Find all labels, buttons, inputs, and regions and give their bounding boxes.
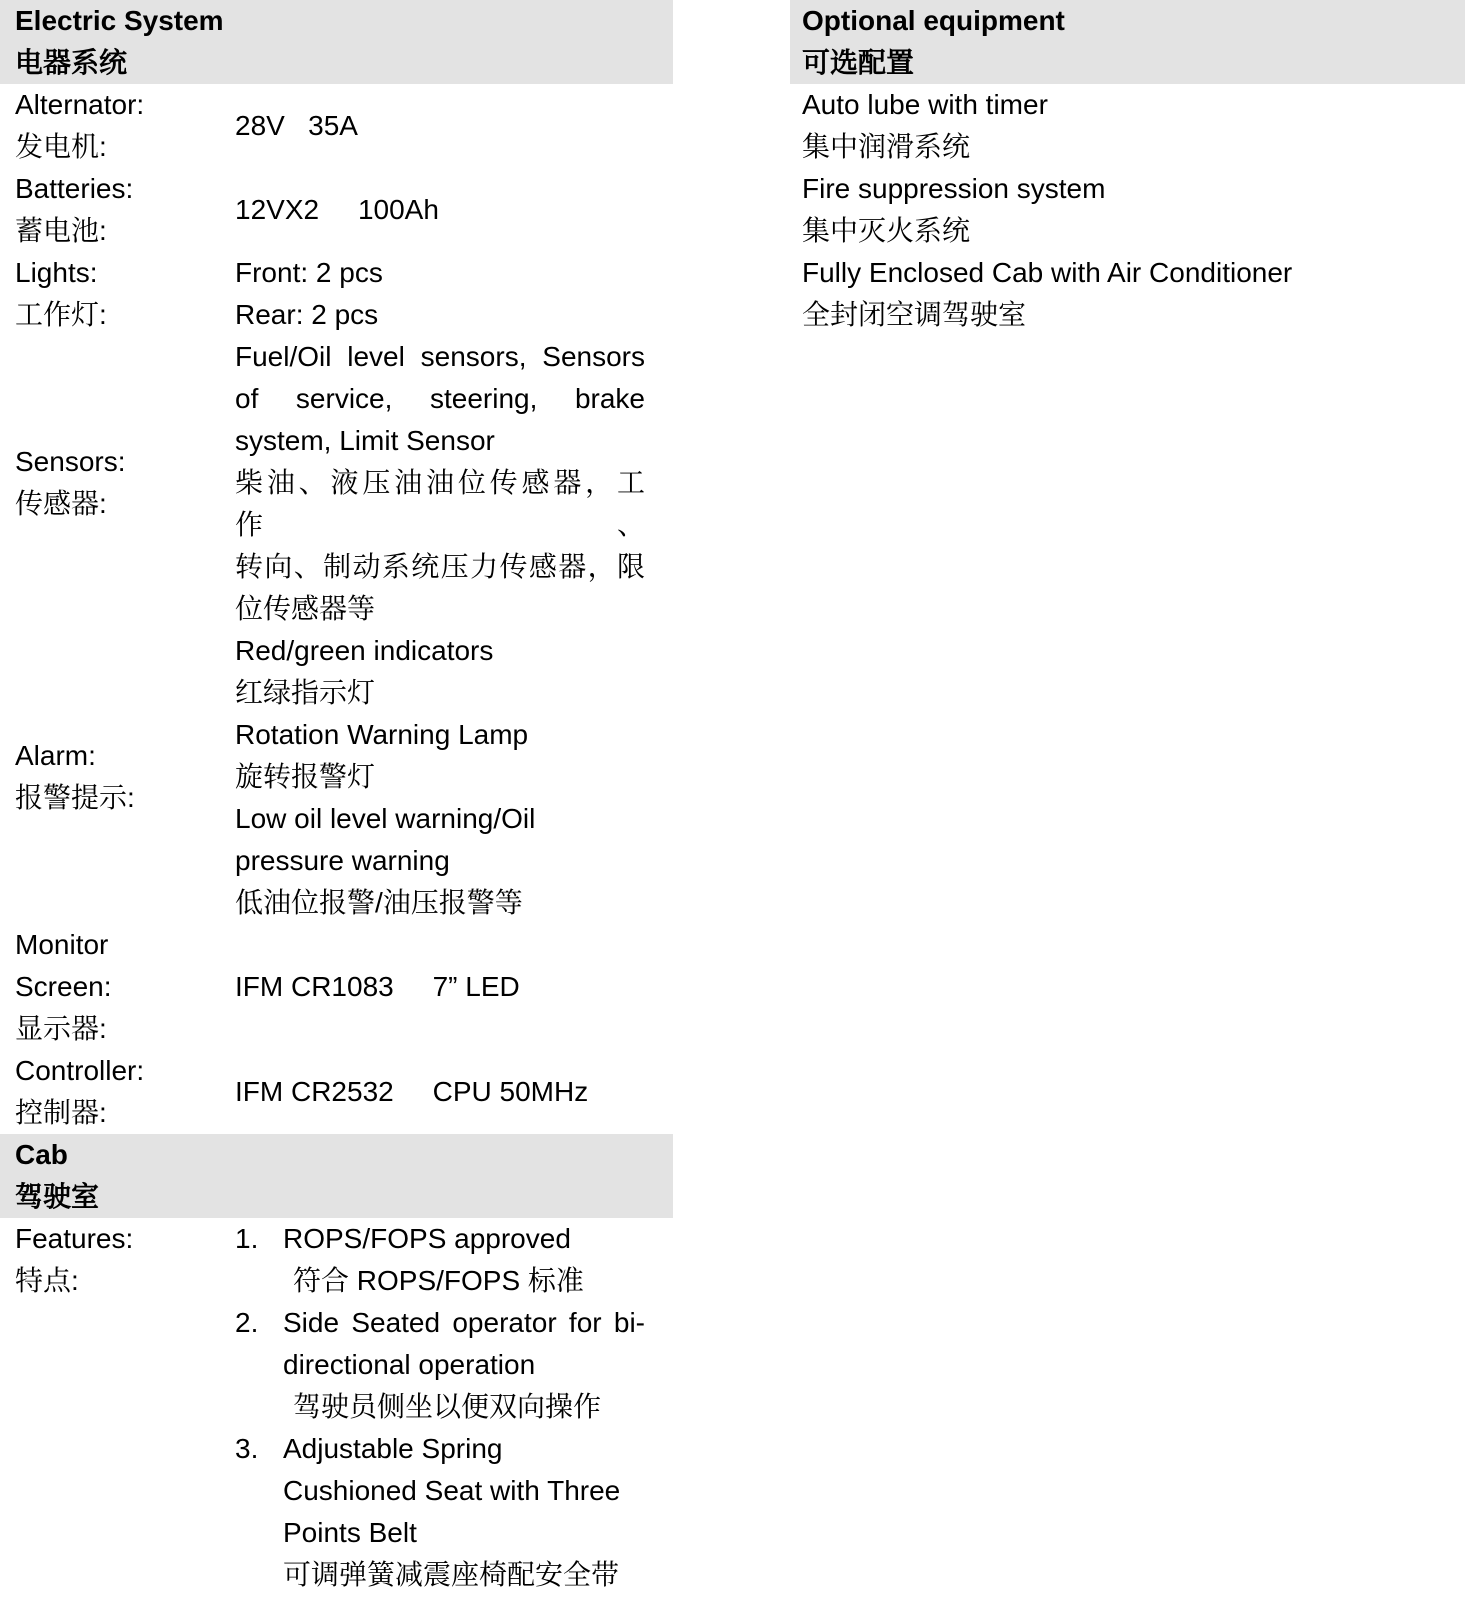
spec-value: 28V 35A bbox=[235, 105, 645, 147]
feature-number: 1. bbox=[235, 1218, 283, 1260]
feature-text-zh: 驾驶员侧坐以便双向操作 bbox=[283, 1386, 645, 1428]
spec-row-features: Features: 特点: 1. ROPS/FOPS approved 符合 R… bbox=[0, 1218, 673, 1596]
label-line-en: Alternator: bbox=[15, 84, 235, 126]
label-line-zh: 传感器: bbox=[15, 483, 235, 525]
spec-label: Alternator: 发电机: bbox=[0, 84, 235, 168]
feature-text-en-line: Cushioned Seat with Three bbox=[283, 1470, 645, 1512]
feature-text-en: ROPS/FOPS approved bbox=[283, 1218, 645, 1260]
label-line-zh: 显示器: bbox=[15, 1008, 235, 1050]
feature-item-1: 1. ROPS/FOPS approved 符合 ROPS/FOPS 标准 bbox=[235, 1218, 645, 1302]
label-line-en: Lights: bbox=[15, 252, 235, 294]
label-line-zh: 蓄电池: bbox=[15, 210, 235, 252]
feature-body: Side Seated operator for bi-directional … bbox=[283, 1302, 645, 1428]
feature-text-en: Side Seated operator for bi-directional … bbox=[283, 1302, 645, 1386]
optional-item-enclosed-cab: Fully Enclosed Cab with Air Conditioner … bbox=[790, 252, 1465, 336]
feature-text-en-line: Points Belt bbox=[283, 1512, 645, 1554]
label-line-zh: 控制器: bbox=[15, 1092, 235, 1134]
optional-item-zh: 集中润滑系统 bbox=[790, 126, 1465, 168]
label-line-zh: 工作灯: bbox=[15, 294, 235, 336]
optional-item-auto-lube: Auto lube with timer 集中润滑系统 bbox=[790, 84, 1465, 168]
optional-item-en: Auto lube with timer bbox=[790, 84, 1465, 126]
spec-value: Fuel/Oil level sensors, Sensors of servi… bbox=[235, 336, 645, 630]
alarm-value-line: 旋转报警灯 bbox=[235, 756, 645, 798]
sensors-value-zh-line: 位传感器等 bbox=[235, 588, 645, 630]
optional-item-en: Fully Enclosed Cab with Air Conditioner bbox=[790, 252, 1465, 294]
spec-label: Alarm: 报警提示: bbox=[0, 735, 235, 819]
feature-text-en-line: Adjustable Spring bbox=[283, 1428, 645, 1470]
feature-text-zh: 符合 ROPS/FOPS 标准 bbox=[283, 1260, 645, 1302]
section-header-optional-equipment: Optional equipment 可选配置 bbox=[790, 0, 1465, 84]
feature-item-3: 3. Adjustable Spring Cushioned Seat with… bbox=[235, 1428, 645, 1596]
optional-item-fire-suppression: Fire suppression system 集中灭火系统 bbox=[790, 168, 1465, 252]
section-title-zh: 电器系统 bbox=[15, 42, 673, 84]
spec-value: 12VX2 100Ah bbox=[235, 189, 645, 231]
feature-text-zh: 可调弹簧减震座椅配安全带 bbox=[283, 1554, 645, 1596]
spec-sheet-page: Electric System 电器系统 Alternator: 发电机: 28… bbox=[0, 0, 1465, 1600]
value-line: Front: 2 pcs bbox=[235, 252, 645, 294]
label-line-zh: 发电机: bbox=[15, 126, 235, 168]
spec-row-sensors: Sensors: 传感器: Fuel/Oil level sensors, Se… bbox=[0, 336, 673, 630]
label-line-zh: 特点: bbox=[15, 1260, 235, 1302]
spec-row-lights: Lights: 工作灯: Front: 2 pcs Rear: 2 pcs bbox=[0, 252, 673, 336]
spec-label: Features: 特点: bbox=[0, 1218, 235, 1302]
feature-body: Adjustable Spring Cushioned Seat with Th… bbox=[283, 1428, 645, 1596]
spec-label: Batteries: 蓄电池: bbox=[0, 168, 235, 252]
feature-item-2: 2. Side Seated operator for bi-direction… bbox=[235, 1302, 645, 1428]
optional-item-en: Fire suppression system bbox=[790, 168, 1465, 210]
features-list: 1. ROPS/FOPS approved 符合 ROPS/FOPS 标准 2.… bbox=[235, 1218, 645, 1596]
spec-row-alternator: Alternator: 发电机: 28V 35A bbox=[0, 84, 673, 168]
alarm-value-line: 低油位报警/油压报警等 bbox=[235, 882, 645, 924]
label-line-en: Screen: bbox=[15, 966, 235, 1008]
spec-label: Controller: 控制器: bbox=[0, 1050, 235, 1134]
section-header-electric-system: Electric System 电器系统 bbox=[0, 0, 673, 84]
section-header-cab: Cab 驾驶室 bbox=[0, 1134, 673, 1218]
spec-label: Lights: 工作灯: bbox=[0, 252, 235, 336]
alarm-value-line: Red/green indicators bbox=[235, 630, 645, 672]
value-line: Rear: 2 pcs bbox=[235, 294, 645, 336]
section-title-en: Cab bbox=[15, 1134, 673, 1176]
alarm-value-line: Rotation Warning Lamp bbox=[235, 714, 645, 756]
label-line-en: Sensors: bbox=[15, 441, 235, 483]
label-line-zh: 报警提示: bbox=[15, 777, 235, 819]
left-column: Electric System 电器系统 Alternator: 发电机: 28… bbox=[0, 0, 673, 1596]
label-line-en: Batteries: bbox=[15, 168, 235, 210]
section-title-en: Electric System bbox=[15, 0, 673, 42]
feature-number: 3. bbox=[235, 1428, 283, 1470]
label-line-en: Monitor bbox=[15, 924, 235, 966]
spec-value: Front: 2 pcs Rear: 2 pcs bbox=[235, 252, 645, 336]
feature-body: ROPS/FOPS approved 符合 ROPS/FOPS 标准 bbox=[283, 1218, 645, 1302]
spec-value: Red/green indicators 红绿指示灯 Rotation Warn… bbox=[235, 630, 645, 924]
sensors-value-en: Fuel/Oil level sensors, Sensors of servi… bbox=[235, 336, 645, 462]
label-line-en: Alarm: bbox=[15, 735, 235, 777]
spec-row-monitor-screen: Monitor Screen: 显示器: IFM CR1083 7” LED bbox=[0, 924, 673, 1050]
spec-row-controller: Controller: 控制器: IFM CR2532 CPU 50MHz bbox=[0, 1050, 673, 1134]
alarm-value-line: Low oil level warning/Oil pressure warni… bbox=[235, 798, 645, 882]
right-column: Optional equipment 可选配置 Auto lube with t… bbox=[790, 0, 1465, 336]
spec-row-batteries: Batteries: 蓄电池: 12VX2 100Ah bbox=[0, 168, 673, 252]
spec-value: IFM CR1083 7” LED bbox=[235, 966, 645, 1008]
spec-row-alarm: Alarm: 报警提示: Red/green indicators 红绿指示灯 … bbox=[0, 630, 673, 924]
optional-item-zh: 集中灭火系统 bbox=[790, 210, 1465, 252]
section-title-zh: 驾驶室 bbox=[15, 1176, 673, 1218]
feature-number: 2. bbox=[235, 1302, 283, 1344]
section-title-zh: 可选配置 bbox=[802, 42, 1465, 84]
sensors-value-zh-line: 转向、制动系统压力传感器，限 bbox=[235, 546, 645, 588]
label-line-en: Features: bbox=[15, 1218, 235, 1260]
sensors-value-zh-line: 柴油、液压油油位传感器，工作、 bbox=[235, 462, 645, 546]
optional-item-zh: 全封闭空调驾驶室 bbox=[790, 294, 1465, 336]
spec-label: Monitor Screen: 显示器: bbox=[0, 924, 235, 1050]
spec-value: IFM CR2532 CPU 50MHz bbox=[235, 1071, 645, 1113]
section-title-en: Optional equipment bbox=[802, 0, 1465, 42]
spec-label: Sensors: 传感器: bbox=[0, 441, 235, 525]
alarm-value-line: 红绿指示灯 bbox=[235, 672, 645, 714]
label-line-en: Controller: bbox=[15, 1050, 235, 1092]
